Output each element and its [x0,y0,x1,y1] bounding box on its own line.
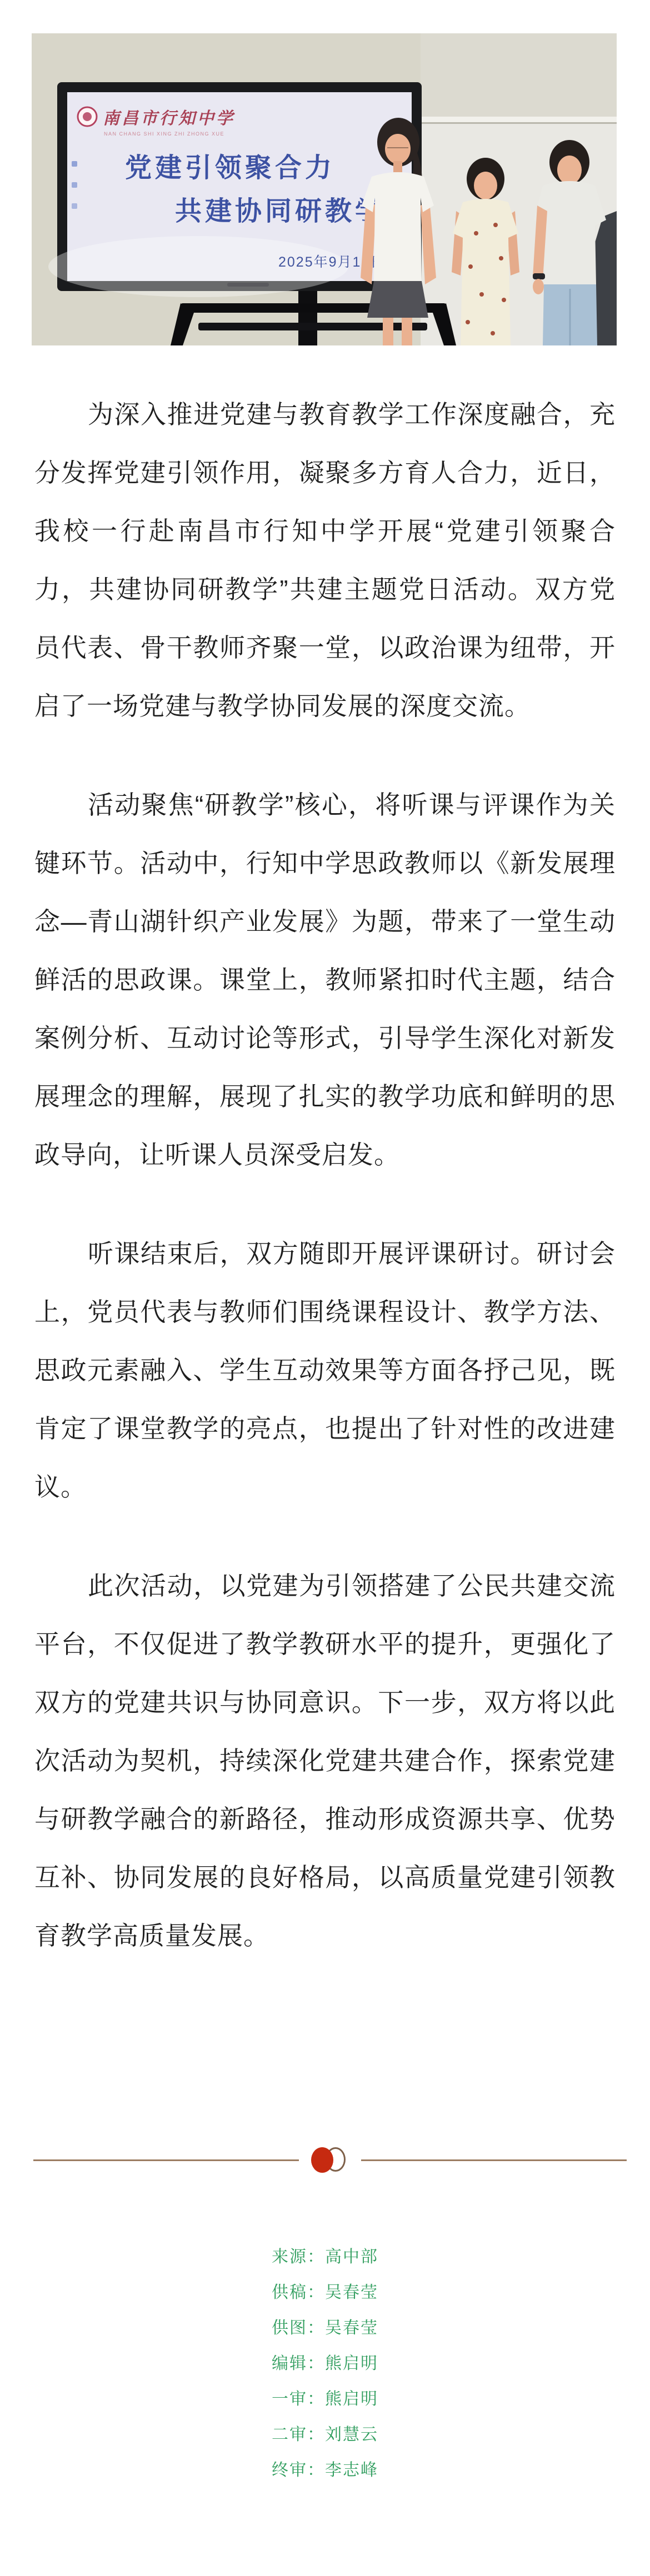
person-3-hand [533,279,544,294]
credit-value: 熊启明 [325,2354,378,2373]
credit-colon: ： [307,2319,325,2337]
article-paragraph: 听课结束后，双方随即开展评课研讨。研讨会上，党员代表与教师们围绕课程设计、教学方… [34,1225,616,1516]
screen-toolbar-icon [72,203,77,209]
section-divider [33,2146,627,2174]
divider-dots-icon [311,2146,349,2174]
credit-value: 刘慧云 [325,2425,378,2444]
credit-colon: ： [307,2283,325,2302]
slide-title-line2: 共建协同研教学 [175,196,385,227]
article-body: 为深入推进党建与教育教学工作深度融合，充分发挥党建引领作用，凝聚多方育人合力，近… [34,385,616,1965]
person-2-dress [453,199,518,345]
credit-value: 李志峰 [325,2461,378,2479]
credit-line: 供图：吴春莹 [0,2311,650,2346]
slide-school-name: 南昌市行知中学 [103,109,236,128]
person-2-face [474,172,497,199]
article-paragraph: 此次活动，以党建为引领搭建了公民共建交流平台，不仅促进了教学教研水平的提升，更强… [34,1557,616,1965]
tv-logo [227,283,269,287]
credits: 来源：高中部 供稿：吴春莹 供图：吴春莹 编辑：熊启明 一审：熊启明 二审：刘慧… [0,2239,650,2488]
credit-line: 一审：熊启明 [0,2382,650,2417]
credit-label: 供图 [272,2319,307,2337]
credit-label: 来源 [272,2248,307,2266]
credit-label: 供稿 [272,2283,307,2302]
person-1-leg [402,318,412,345]
divider-dot-icon [311,2147,333,2173]
slide-title-line1: 党建引领聚合力 [125,152,335,183]
school-seal-core [83,112,92,121]
event-photo[interactable]: 南昌市行知中学 NAN CHANG SHI XING ZHI ZHONG XUE… [32,33,617,345]
credit-colon: ： [307,2248,325,2266]
wall-trim-shadow [421,122,617,124]
person-3-smartwatch [533,273,545,279]
article-paragraph: 为深入推进党建与教育教学工作深度融合，充分发挥党建引领作用，凝聚多方育人合力，近… [34,385,616,735]
credit-label: 二审 [272,2425,307,2444]
article-paragraph: 活动聚焦“研教学”核心，将听课与评课作为关键环节。活动中，行知中学思政教师以《新… [34,776,616,1184]
credit-line: 编辑：熊启明 [0,2346,650,2382]
credit-line: 来源：高中部 [0,2239,650,2275]
person-3-face [557,156,582,184]
credit-value: 吴春莹 [325,2283,378,2302]
credit-colon: ： [307,2354,325,2373]
wall-right-upper [421,33,617,117]
credit-label: 编辑 [272,2354,307,2373]
credit-line: 供稿：吴春莹 [0,2275,650,2311]
credit-colon: ： [307,2425,325,2444]
tv-stand-pole [298,291,317,345]
article-page: 南昌市行知中学 NAN CHANG SHI XING ZHI ZHONG XUE… [0,0,650,2576]
credit-value: 高中部 [325,2248,378,2266]
person-1-face [385,134,411,164]
wall-trim [421,117,617,122]
credit-colon: ： [307,2390,325,2408]
credit-label: 终审 [272,2461,307,2479]
divider-line-right [361,2159,627,2161]
screen-toolbar-icon [72,161,77,167]
credit-label: 一审 [272,2390,307,2408]
credit-line: 终审：李志峰 [0,2453,650,2488]
divider-line-left [33,2159,299,2161]
credit-value: 熊启明 [325,2390,378,2408]
credit-value: 吴春莹 [325,2319,378,2337]
screen-toolbar-icon [72,182,77,188]
credit-line: 二审：刘慧云 [0,2417,650,2453]
person-1-skirt [367,281,428,318]
person-1-leg [383,318,393,345]
person-1-neck [393,161,402,172]
slide-school-caption: NAN CHANG SHI XING ZHI ZHONG XUE [104,131,224,137]
credit-colon: ： [307,2461,325,2479]
